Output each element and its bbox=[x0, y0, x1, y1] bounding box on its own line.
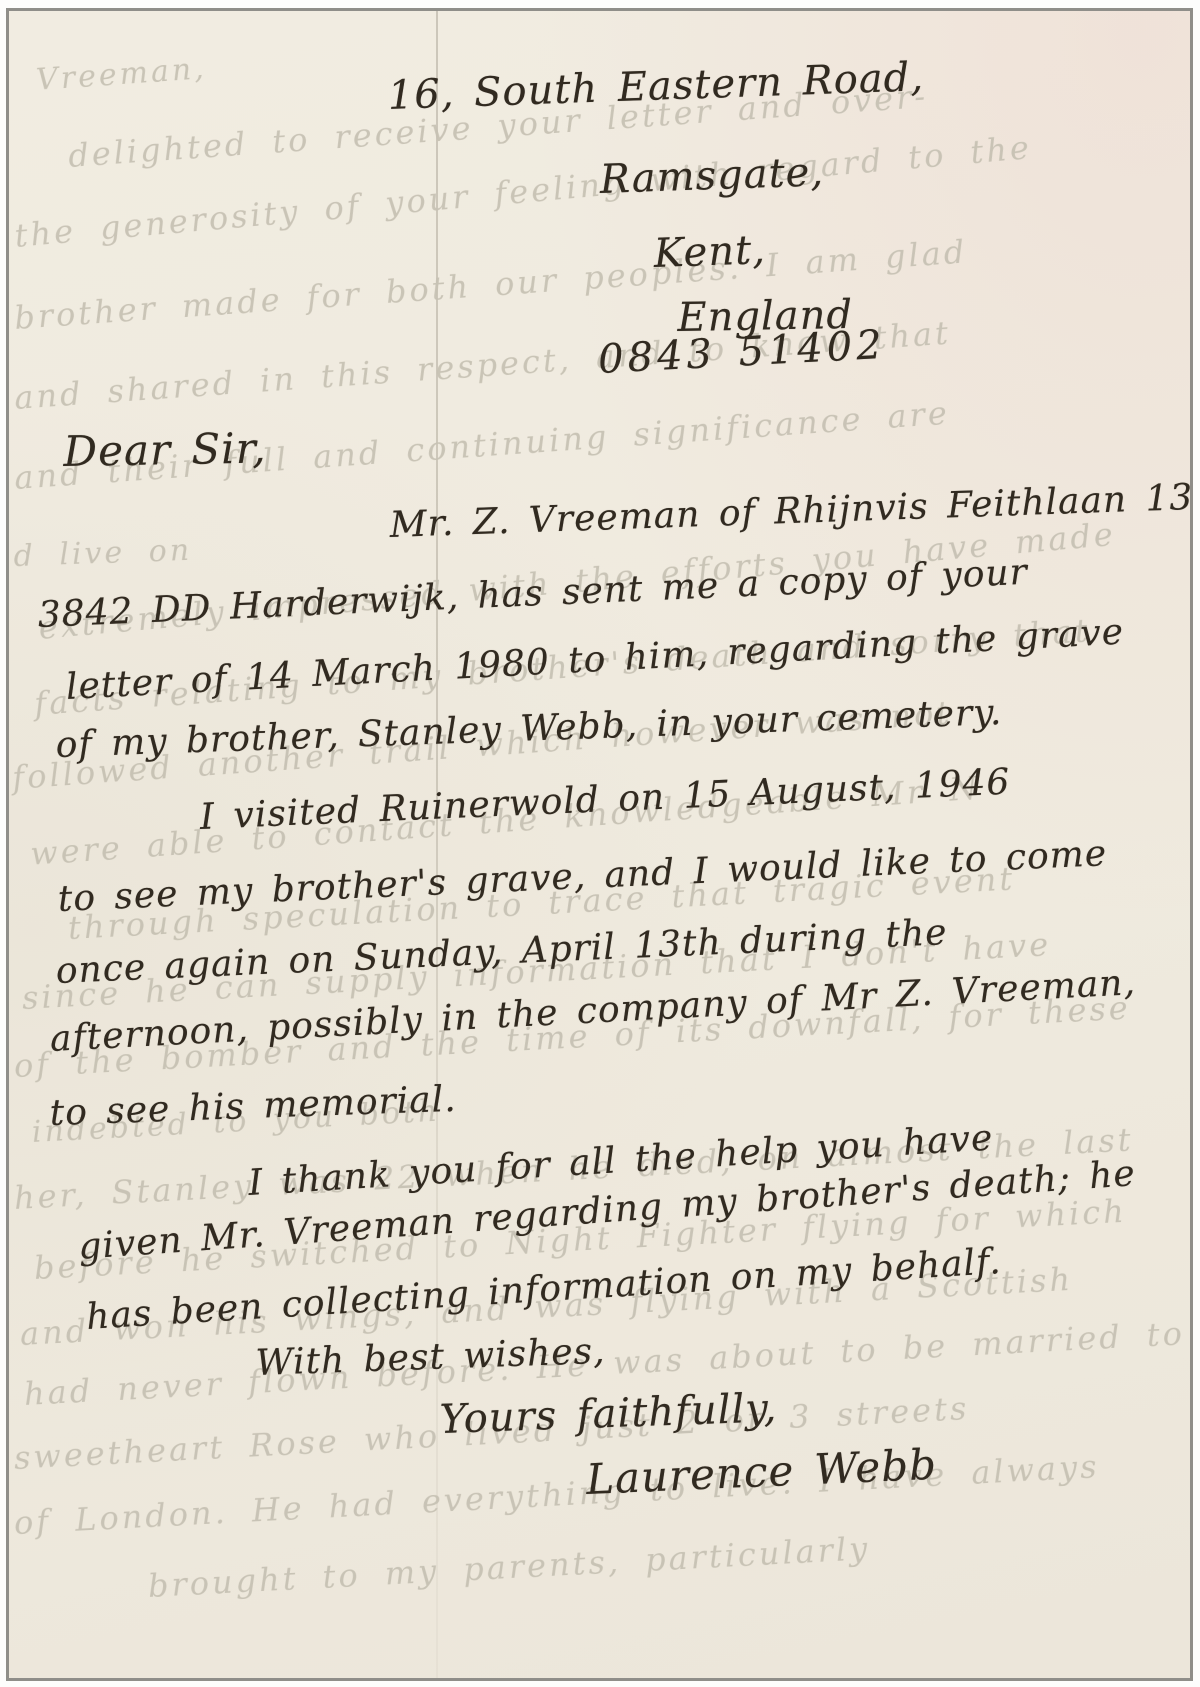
letter-paper: Vreeman, delighted to receive your lette… bbox=[6, 8, 1193, 1681]
salutation: Dear Sir, bbox=[63, 423, 267, 476]
address-line: 0843 51402 bbox=[597, 322, 887, 383]
signature: Laurence Webb bbox=[585, 1440, 938, 1504]
letter-scan: Vreeman, delighted to receive your lette… bbox=[0, 0, 1200, 1687]
body-line: Mr. Z. Vreeman of Rhijnvis Feithlaan 131… bbox=[389, 476, 1193, 546]
address-line: 16, South Eastern Road, bbox=[387, 54, 925, 119]
body-line: to see his memorial. bbox=[49, 1079, 457, 1134]
body-line: to see my brother's grave, and I would l… bbox=[57, 833, 1108, 920]
address-line: Ramsgate, bbox=[599, 149, 825, 203]
address-line: Kent, bbox=[653, 227, 767, 277]
closing-line: With best wishes, bbox=[255, 1331, 606, 1384]
body-line: of my brother, Stanley Webb, in your cem… bbox=[55, 692, 1003, 766]
body-line: I visited Ruinerwold on 15 August, 1946 bbox=[199, 762, 1011, 838]
closing-line: Yours faithfully, bbox=[439, 1385, 778, 1443]
letter-content: 16, South Eastern Road, Ramsgate, Kent, … bbox=[9, 11, 1190, 1678]
